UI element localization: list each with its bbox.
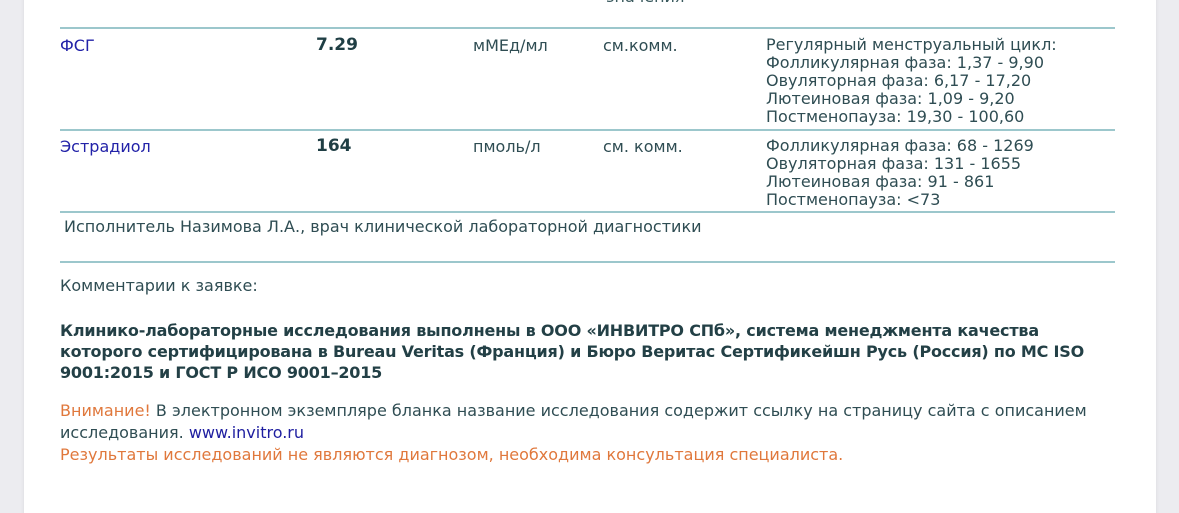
test-name-link[interactable]: Эстрадиол [60,137,151,156]
divider [60,211,1115,213]
divider [60,129,1115,131]
comment-line: Регулярный менструальный цикл: [766,36,1057,54]
header-reference-line2: значения [606,0,685,6]
unit: пмоль/л [473,137,541,156]
comment-line: Овуляторная фаза: 131 - 1655 [766,155,1034,173]
comment-line: Фолликулярная фаза: 68 - 1269 [766,137,1034,155]
comment-line: Фолликулярная фаза: 1,37 - 9,90 [766,54,1057,72]
comment-line: Лютеиновая фаза: 1,09 - 9,20 [766,90,1057,108]
comment-line: Постменопауза: 19,30 - 100,60 [766,108,1057,126]
comments: Фолликулярная фаза: 68 - 1269 Овуляторна… [766,137,1034,209]
report-page: Исследование Результат Единицы Референсн… [24,0,1156,513]
result-value: 7.29 [316,36,358,55]
disclaimer: Результаты исследований не являются диаг… [60,445,843,464]
unit: мМЕд/мл [473,36,548,55]
notice: Внимание! В электронном экземпляре бланк… [60,400,1110,466]
comment-line: Постменопауза: <73 [766,191,1034,209]
result-value: 164 [316,137,352,156]
divider [60,27,1115,29]
comments: Регулярный менструальный цикл: Фолликуля… [766,36,1057,126]
executor: Исполнитель Назимова Л.А., врач клиничес… [64,217,702,236]
reference: см. комм. [603,137,683,156]
table-header: Исследование Результат Единицы Референсн… [60,0,1115,28]
comment-line: Овуляторная фаза: 6,17 - 17,20 [766,72,1057,90]
invitro-link[interactable]: www.invitro.ru [189,423,304,442]
certification-text: Клинико-лабораторные исследования выполн… [60,320,1100,383]
comment-line: Лютеиновая фаза: 91 - 861 [766,173,1034,191]
divider [60,261,1115,263]
attention-label: Внимание! [60,401,151,420]
test-name-link[interactable]: ФСГ [60,36,95,55]
reference: см.комм. [603,36,678,55]
comments-title: Комментарии к заявке: [60,276,258,295]
